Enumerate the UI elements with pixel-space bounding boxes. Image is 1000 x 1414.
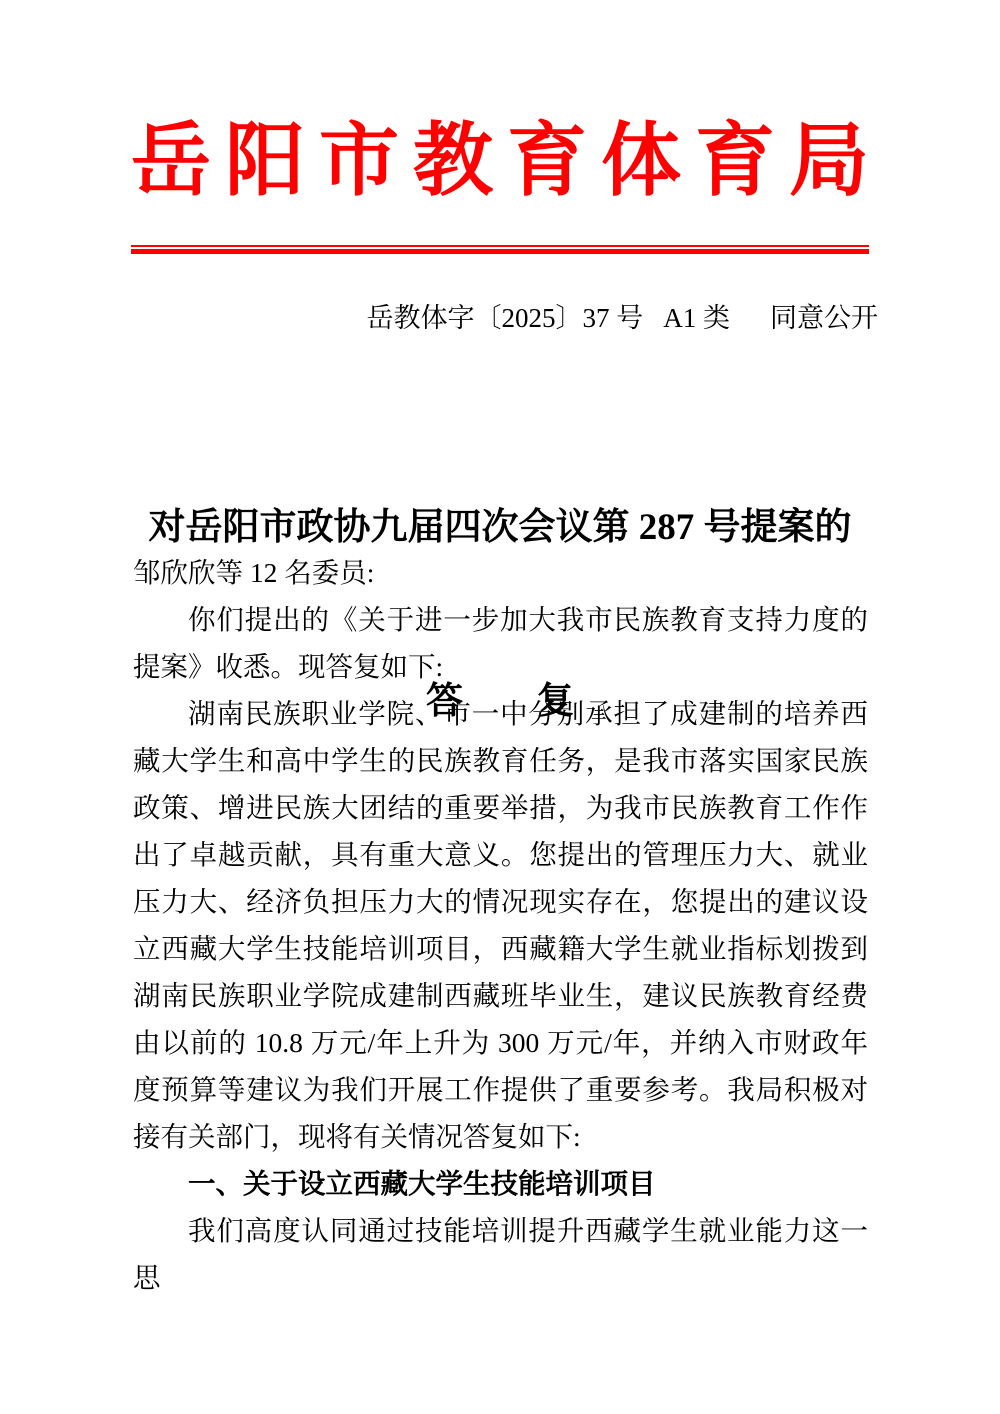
paragraph-section-1: 我们高度认同通过技能培训提升西藏学生就业能力这一思	[133, 1207, 868, 1301]
divider-thick-line	[131, 249, 869, 254]
letterhead-divider	[131, 245, 869, 254]
document-page: 岳阳市教育体育局 岳教体字〔2025〕37 号 A1 类 同意公开 对岳阳市政协…	[0, 0, 1000, 1414]
publicity-status: 同意公开	[770, 296, 878, 335]
document-category: A1 类	[663, 296, 730, 335]
document-number: 岳教体字〔2025〕37 号	[367, 296, 644, 335]
document-body: 邹欣欣等 12 名委员: 你们提出的《关于进一步加大我市民族教育支持力度的提案》…	[133, 549, 868, 1301]
letterhead-agency-name: 岳阳市教育体育局	[131, 112, 869, 212]
document-info-line: 岳教体字〔2025〕37 号 A1 类 同意公开	[367, 296, 879, 335]
section-1-heading: 一、关于设立西藏大学生技能培训项目	[133, 1160, 868, 1207]
paragraph-background: 湖南民族职业学院、市一中分别承担了成建制的培养西藏大学生和高中学生的民族教育任务…	[133, 690, 868, 1160]
paragraph-intro: 你们提出的《关于进一步加大我市民族教育支持力度的提案》收悉。现答复如下:	[133, 596, 868, 690]
salutation: 邹欣欣等 12 名委员:	[133, 549, 868, 596]
